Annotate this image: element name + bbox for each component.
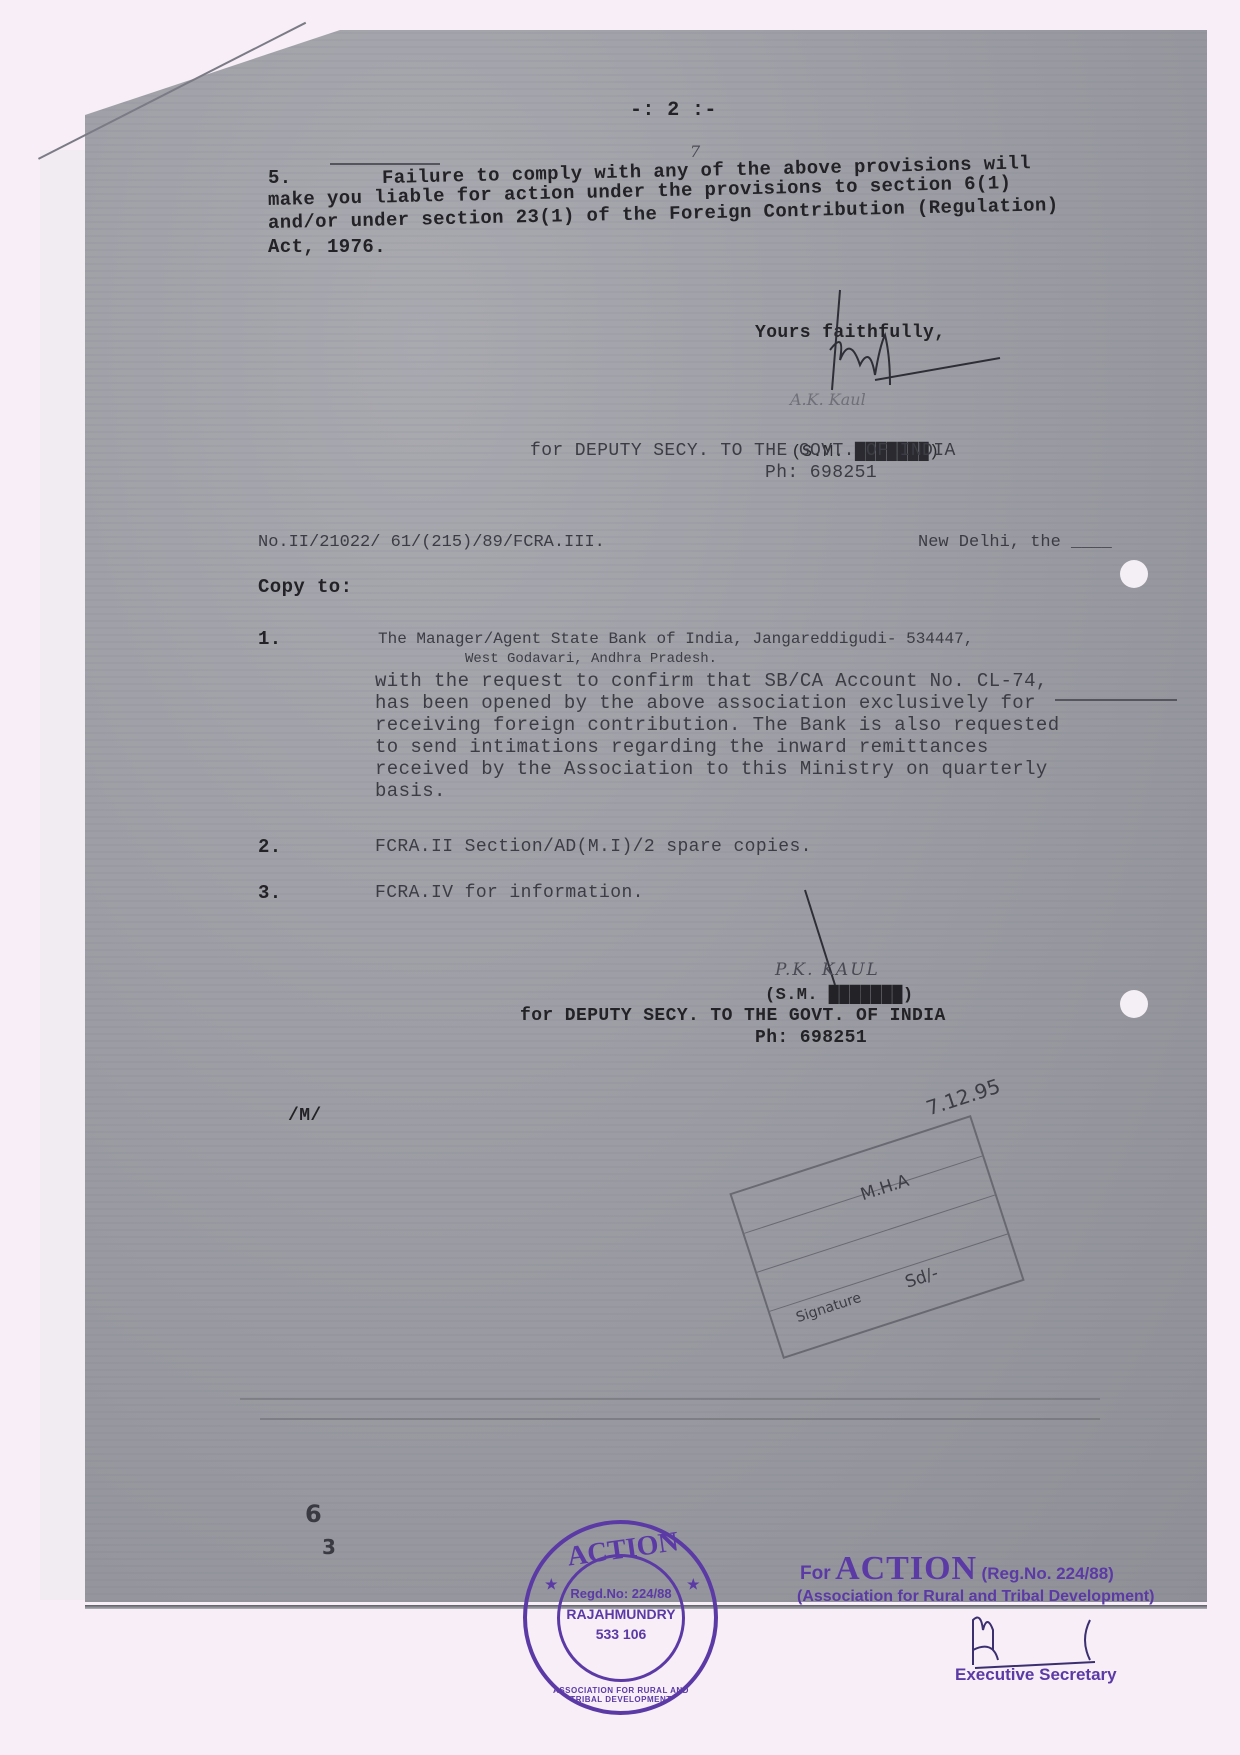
place-date: New Delhi, the ____ [918,532,1112,554]
photocopied-letter [85,30,1207,1602]
copy-to-heading: Copy to: [258,576,352,598]
copy-item-body-4: to send intimations regarding the inward… [375,736,989,758]
signatory-title: Executive Secretary [955,1665,1117,1685]
copy-item-2-text: FCRA.II Section/AD(M.I)/2 spare copies. [375,836,812,858]
bank-address-line-2: West Godavari, Andhra Pradesh. [465,648,717,670]
copy-item-body-5: received by the Association to this Mini… [375,758,1048,780]
seal-pin: 533 106 [557,1626,685,1642]
org-reg-no: (Reg.No. 224/88) [982,1564,1114,1583]
org-short-name: ACTION [835,1550,977,1587]
margin-mark: 3 [322,1535,336,1559]
copy-item-3-text: FCRA.IV for information. [375,882,644,904]
copy-item-number: 3. [258,882,282,904]
copy-item-number: 2. [258,836,282,858]
seal-city: RAJAHMUNDRY [557,1606,685,1622]
copy-item-body-3: receiving foreign contribution. The Bank… [375,714,1060,736]
margin-note: 7 [690,142,700,161]
for-prefix: For [800,1563,831,1584]
handwritten-name: P.K. KAUL [775,960,880,980]
seal-ring-text: ASSOCIATION FOR RURAL AND TRIBAL DEVELOP… [537,1686,705,1704]
margin-mark: 6 [305,1500,322,1528]
signatory-name: (S.M. ███████) [765,985,913,1007]
seal-reg-no: Regd.No: 224/88 [557,1586,685,1601]
organization-seal: ACTION ★ ★ Regd.No: 224/88 RAJAHMUNDRY 5… [523,1520,718,1715]
reference-number: No.II/21022/ 61/(215)/89/FCRA.III. [258,532,605,554]
copy-item-number: 1. [258,628,282,650]
hole-punch-mark [1120,990,1148,1018]
designation: for DEPUTY SECY. TO THE GOVT. OF INDIA [530,440,956,462]
hole-punch-mark [1120,560,1148,588]
bank-address-line-1: The Manager/Agent State Bank of India, J… [378,628,973,650]
star-icon: ★ [545,1576,558,1593]
faded-text-line [260,1418,1100,1420]
copy-item-body-1: with the request to confirm that SB/CA A… [375,670,1048,692]
underline-mark [330,163,440,165]
account-underline [1055,699,1177,701]
star-icon: ★ [687,1576,700,1593]
attestation-block: For ACTION (Reg.No. 224/88) [800,1550,1114,1588]
phone-number: Ph: 698251 [755,1027,867,1049]
handwritten-name: A.K. Kaul [790,390,866,409]
paragraph-5-line-4: Act, 1976. [268,236,386,258]
designation: for DEPUTY SECY. TO THE GOVT. OF INDIA [520,1005,946,1027]
phone-number: Ph: 698251 [765,462,877,484]
copy-item-body-6: basis. [375,780,446,802]
paragraph-number: 5. [268,167,292,189]
copy-item-body-2: has been opened by the above association… [375,692,1036,714]
page-number: -: 2 :- [630,100,717,122]
org-full-name: (Association for Rural and Tribal Develo… [797,1588,1154,1606]
faded-text-line [240,1398,1100,1400]
initials-mark: /M/ [288,1105,322,1127]
